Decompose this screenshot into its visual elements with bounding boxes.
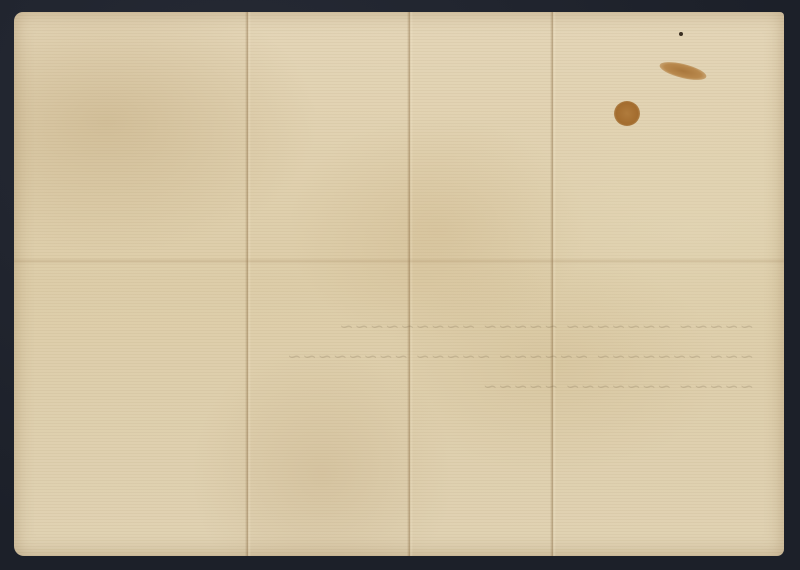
showthrough-line: ~~~~~ ~~~~~~~ ~~~~~ [254,377,754,397]
vertical-fold-line [245,12,251,556]
drip-stain [658,58,708,83]
showthrough-line: ~~~ ~~~~~~~ ~~~~~~ ~~~~~ ~~~~~~~~ [254,347,754,367]
ink-speck [679,32,683,36]
aged-paper-note: ~~~~~ ~~~~~~~ ~~~~~ ~~~~~~~~~ ~~~ ~~~~~~… [14,12,784,556]
showthrough-line: ~~~~~ ~~~~~~~ ~~~~~ ~~~~~~~~~ [254,317,754,337]
vertical-fold-line [550,12,556,556]
vertical-fold-line [407,12,413,556]
horizontal-crease [14,258,784,264]
round-stain [614,101,640,126]
mirrored-showthrough-text: ~~~~~ ~~~~~~~ ~~~~~ ~~~~~~~~~ ~~~ ~~~~~~… [254,317,754,427]
